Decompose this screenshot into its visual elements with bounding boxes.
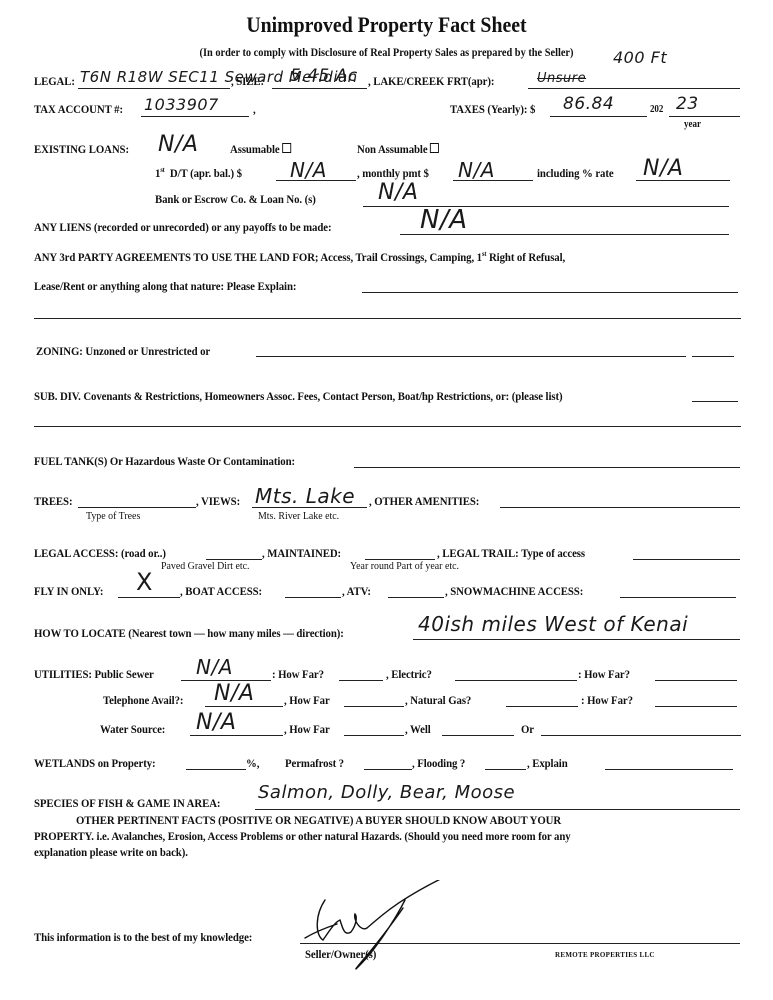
page-title: Unimproved Property Fact Sheet bbox=[39, 12, 735, 38]
bank-escrow-line bbox=[363, 206, 729, 207]
electric-label: , Electric? bbox=[386, 667, 432, 682]
subdiv-field-line-2[interactable] bbox=[34, 426, 741, 427]
how-to-locate-field[interactable]: 40ish miles West of Kenai bbox=[418, 612, 688, 636]
wetlands-percent: %, bbox=[246, 756, 259, 771]
non-assumable-checkbox[interactable] bbox=[430, 143, 439, 153]
trees-field[interactable] bbox=[78, 507, 196, 508]
public-sewer-label: UTILITIES: Public Sewer bbox=[34, 667, 154, 682]
wetlands-label: WETLANDS on Property: bbox=[34, 756, 156, 771]
agreements-field[interactable] bbox=[362, 292, 738, 293]
rate-label: including % rate bbox=[537, 166, 614, 181]
tax-account-label: TAX ACCOUNT #: bbox=[34, 102, 123, 117]
legal-trail-field[interactable] bbox=[633, 559, 740, 560]
well-label: , Well bbox=[405, 722, 431, 737]
species-line bbox=[255, 809, 740, 810]
existing-loans-label: EXISTING LOANS: bbox=[34, 142, 129, 157]
electric-field[interactable] bbox=[455, 680, 577, 681]
explain-label: , Explain bbox=[527, 756, 568, 771]
taxes-field-line bbox=[550, 116, 647, 117]
natural-gas-label: , Natural Gas? bbox=[405, 693, 471, 708]
assumable-label: Assumable bbox=[230, 142, 280, 156]
atv-label: , ATV: bbox=[342, 584, 371, 599]
fly-in-label: FLY IN ONLY: bbox=[34, 584, 103, 599]
signature-image bbox=[285, 880, 475, 980]
dt-balance-field[interactable]: N/A bbox=[290, 158, 327, 182]
maintained-caption: Year round Part of year etc. bbox=[350, 560, 459, 572]
liens-field[interactable]: N/A bbox=[420, 205, 468, 235]
water-source-field[interactable]: N/A bbox=[196, 710, 236, 735]
year-prefix: 202 bbox=[650, 104, 663, 115]
or-label: Or bbox=[521, 722, 534, 737]
telephone-label: Telephone Avail?: bbox=[103, 693, 183, 708]
frontage-field-line bbox=[528, 88, 740, 89]
frontage-struck-value: Unsure bbox=[537, 71, 586, 86]
telephone-how-far-label: , How Far bbox=[284, 693, 330, 708]
flooding-label: , Flooding ? bbox=[412, 756, 465, 771]
frontage-label: , LAKE/CREEK FRT(apr): bbox=[368, 74, 494, 89]
flooding-field[interactable] bbox=[485, 769, 526, 770]
boat-access-field[interactable] bbox=[285, 597, 341, 598]
snowmachine-field[interactable] bbox=[620, 597, 736, 598]
year-field-line bbox=[669, 116, 740, 117]
bank-escrow-field[interactable]: N/A bbox=[378, 180, 418, 205]
existing-loans-field[interactable]: N/A bbox=[158, 132, 198, 157]
well-field[interactable] bbox=[442, 735, 514, 736]
electric-how-far-field[interactable] bbox=[655, 680, 737, 681]
natural-gas-field[interactable] bbox=[506, 706, 578, 707]
monthly-pmt-label: , monthly pmt $ bbox=[357, 166, 429, 181]
water-source-line bbox=[190, 735, 283, 736]
legal-label: LEGAL: bbox=[34, 74, 75, 89]
dt-label: 1st D/T (apr. bal.) $ bbox=[155, 166, 242, 181]
fly-in-field[interactable]: X bbox=[136, 568, 153, 596]
size-label: , SIZE: bbox=[231, 74, 264, 89]
legal-field-line bbox=[78, 88, 230, 89]
explain-field[interactable] bbox=[605, 769, 733, 770]
zoning-label: ZONING: Unzoned or Unrestricted or bbox=[36, 344, 210, 359]
year-field[interactable]: 23 bbox=[676, 94, 699, 114]
wetlands-field[interactable] bbox=[186, 769, 246, 770]
legal-trail-label: , LEGAL TRAIL: Type of access bbox=[437, 546, 585, 561]
views-caption: Mts. River Lake etc. bbox=[258, 510, 339, 522]
knowledge-statement: This information is to the best of my kn… bbox=[34, 930, 252, 945]
water-how-far-label: , How Far bbox=[284, 722, 330, 737]
size-field-line bbox=[272, 88, 367, 89]
sewer-how-far-field[interactable] bbox=[339, 680, 383, 681]
sewer-how-far-label: : How Far? bbox=[272, 667, 324, 682]
fuel-tank-label: FUEL TANK(S) Or Hazardous Waste Or Conta… bbox=[34, 454, 295, 469]
legal-access-caption: Paved Gravel Dirt etc. bbox=[161, 560, 250, 572]
telephone-field[interactable]: N/A bbox=[214, 681, 254, 706]
lease-rent-label: Lease/Rent or anything along that nature… bbox=[34, 279, 296, 294]
trees-caption: Type of Trees bbox=[86, 510, 140, 522]
tax-account-line bbox=[141, 116, 249, 117]
bank-escrow-label: Bank or Escrow Co. & Loan No. (s) bbox=[155, 192, 316, 207]
company-name: REMOTE PROPERTIES LLC bbox=[555, 951, 655, 959]
taxes-label: TAXES (Yearly): $ bbox=[450, 102, 535, 117]
subdiv-field[interactable] bbox=[692, 401, 738, 402]
frontage-field[interactable]: 400 Ft bbox=[613, 48, 667, 67]
telephone-how-far-field[interactable] bbox=[344, 706, 404, 707]
atv-field[interactable] bbox=[388, 597, 444, 598]
legal-access-label: LEGAL ACCESS: (road or..) bbox=[34, 546, 166, 561]
monthly-pmt-field[interactable]: N/A bbox=[458, 158, 495, 182]
or-field[interactable] bbox=[541, 735, 741, 736]
views-field[interactable]: Mts. Lake bbox=[255, 484, 355, 508]
agreements-label: ANY 3rd PARTY AGREEMENTS TO USE THE LAND… bbox=[34, 250, 565, 265]
tax-account-field[interactable]: 1033907 bbox=[144, 95, 219, 114]
taxes-field[interactable]: 86.84 bbox=[563, 94, 614, 114]
gas-how-far-field[interactable] bbox=[655, 706, 737, 707]
amenities-field[interactable] bbox=[500, 507, 740, 508]
subdiv-label: SUB. DIV. Covenants & Restrictions, Home… bbox=[34, 389, 563, 404]
boat-access-label: , BOAT ACCESS: bbox=[180, 584, 262, 599]
other-facts-line-3: explanation please write on back). bbox=[34, 845, 188, 860]
non-assumable-option[interactable]: Non Assumable bbox=[357, 142, 439, 157]
how-to-locate-line bbox=[413, 639, 740, 640]
how-to-locate-label: HOW TO LOCATE (Nearest town — how many m… bbox=[34, 626, 344, 641]
zoning-field-short[interactable] bbox=[692, 356, 734, 357]
gas-how-far-label: : How Far? bbox=[581, 693, 633, 708]
telephone-line bbox=[205, 706, 283, 707]
other-facts-line-1: OTHER PERTINENT FACTS (POSITIVE OR NEGAT… bbox=[76, 813, 561, 828]
other-facts-line-2: PROPERTY. i.e. Avalanches, Erosion, Acce… bbox=[34, 829, 571, 844]
amenities-label: , OTHER AMENITIES: bbox=[369, 494, 479, 509]
year-caption: year bbox=[684, 119, 701, 130]
zoning-field[interactable] bbox=[256, 356, 686, 357]
tax-account-comma: , bbox=[253, 102, 256, 117]
size-field[interactable]: 5.45 Ac bbox=[290, 66, 358, 86]
trees-label: TREES: bbox=[34, 494, 72, 509]
water-source-label: Water Source: bbox=[100, 722, 165, 737]
public-sewer-field[interactable]: N/A bbox=[196, 655, 233, 679]
species-field[interactable]: Salmon, Dolly, Bear, Moose bbox=[258, 782, 515, 803]
snowmachine-label: , SNOWMACHINE ACCESS: bbox=[445, 584, 583, 599]
liens-label: ANY LIENS (recorded or unrecorded) or an… bbox=[34, 220, 332, 235]
water-how-far-field[interactable] bbox=[344, 735, 404, 736]
fly-in-field-line bbox=[118, 597, 180, 598]
fact-sheet-page: Unimproved Property Fact Sheet (In order… bbox=[0, 0, 773, 1000]
seller-owner-caption: Seller/Owner(s) bbox=[305, 947, 376, 962]
permafrost-label: Permafrost ? bbox=[285, 756, 344, 771]
permafrost-field[interactable] bbox=[364, 769, 412, 770]
assumable-option[interactable]: Assumable bbox=[230, 142, 291, 157]
electric-how-far-label: : How Far? bbox=[578, 667, 630, 682]
rate-field[interactable]: N/A bbox=[643, 156, 683, 181]
maintained-label: , MAINTAINED: bbox=[262, 546, 341, 561]
views-label: , VIEWS: bbox=[196, 494, 240, 509]
non-assumable-label: Non Assumable bbox=[357, 142, 428, 156]
species-label: SPECIES OF FISH & GAME IN AREA: bbox=[34, 796, 220, 811]
agreements-field-line-2[interactable] bbox=[34, 318, 741, 319]
fuel-tank-field[interactable] bbox=[354, 467, 740, 468]
assumable-checkbox[interactable] bbox=[282, 143, 291, 153]
